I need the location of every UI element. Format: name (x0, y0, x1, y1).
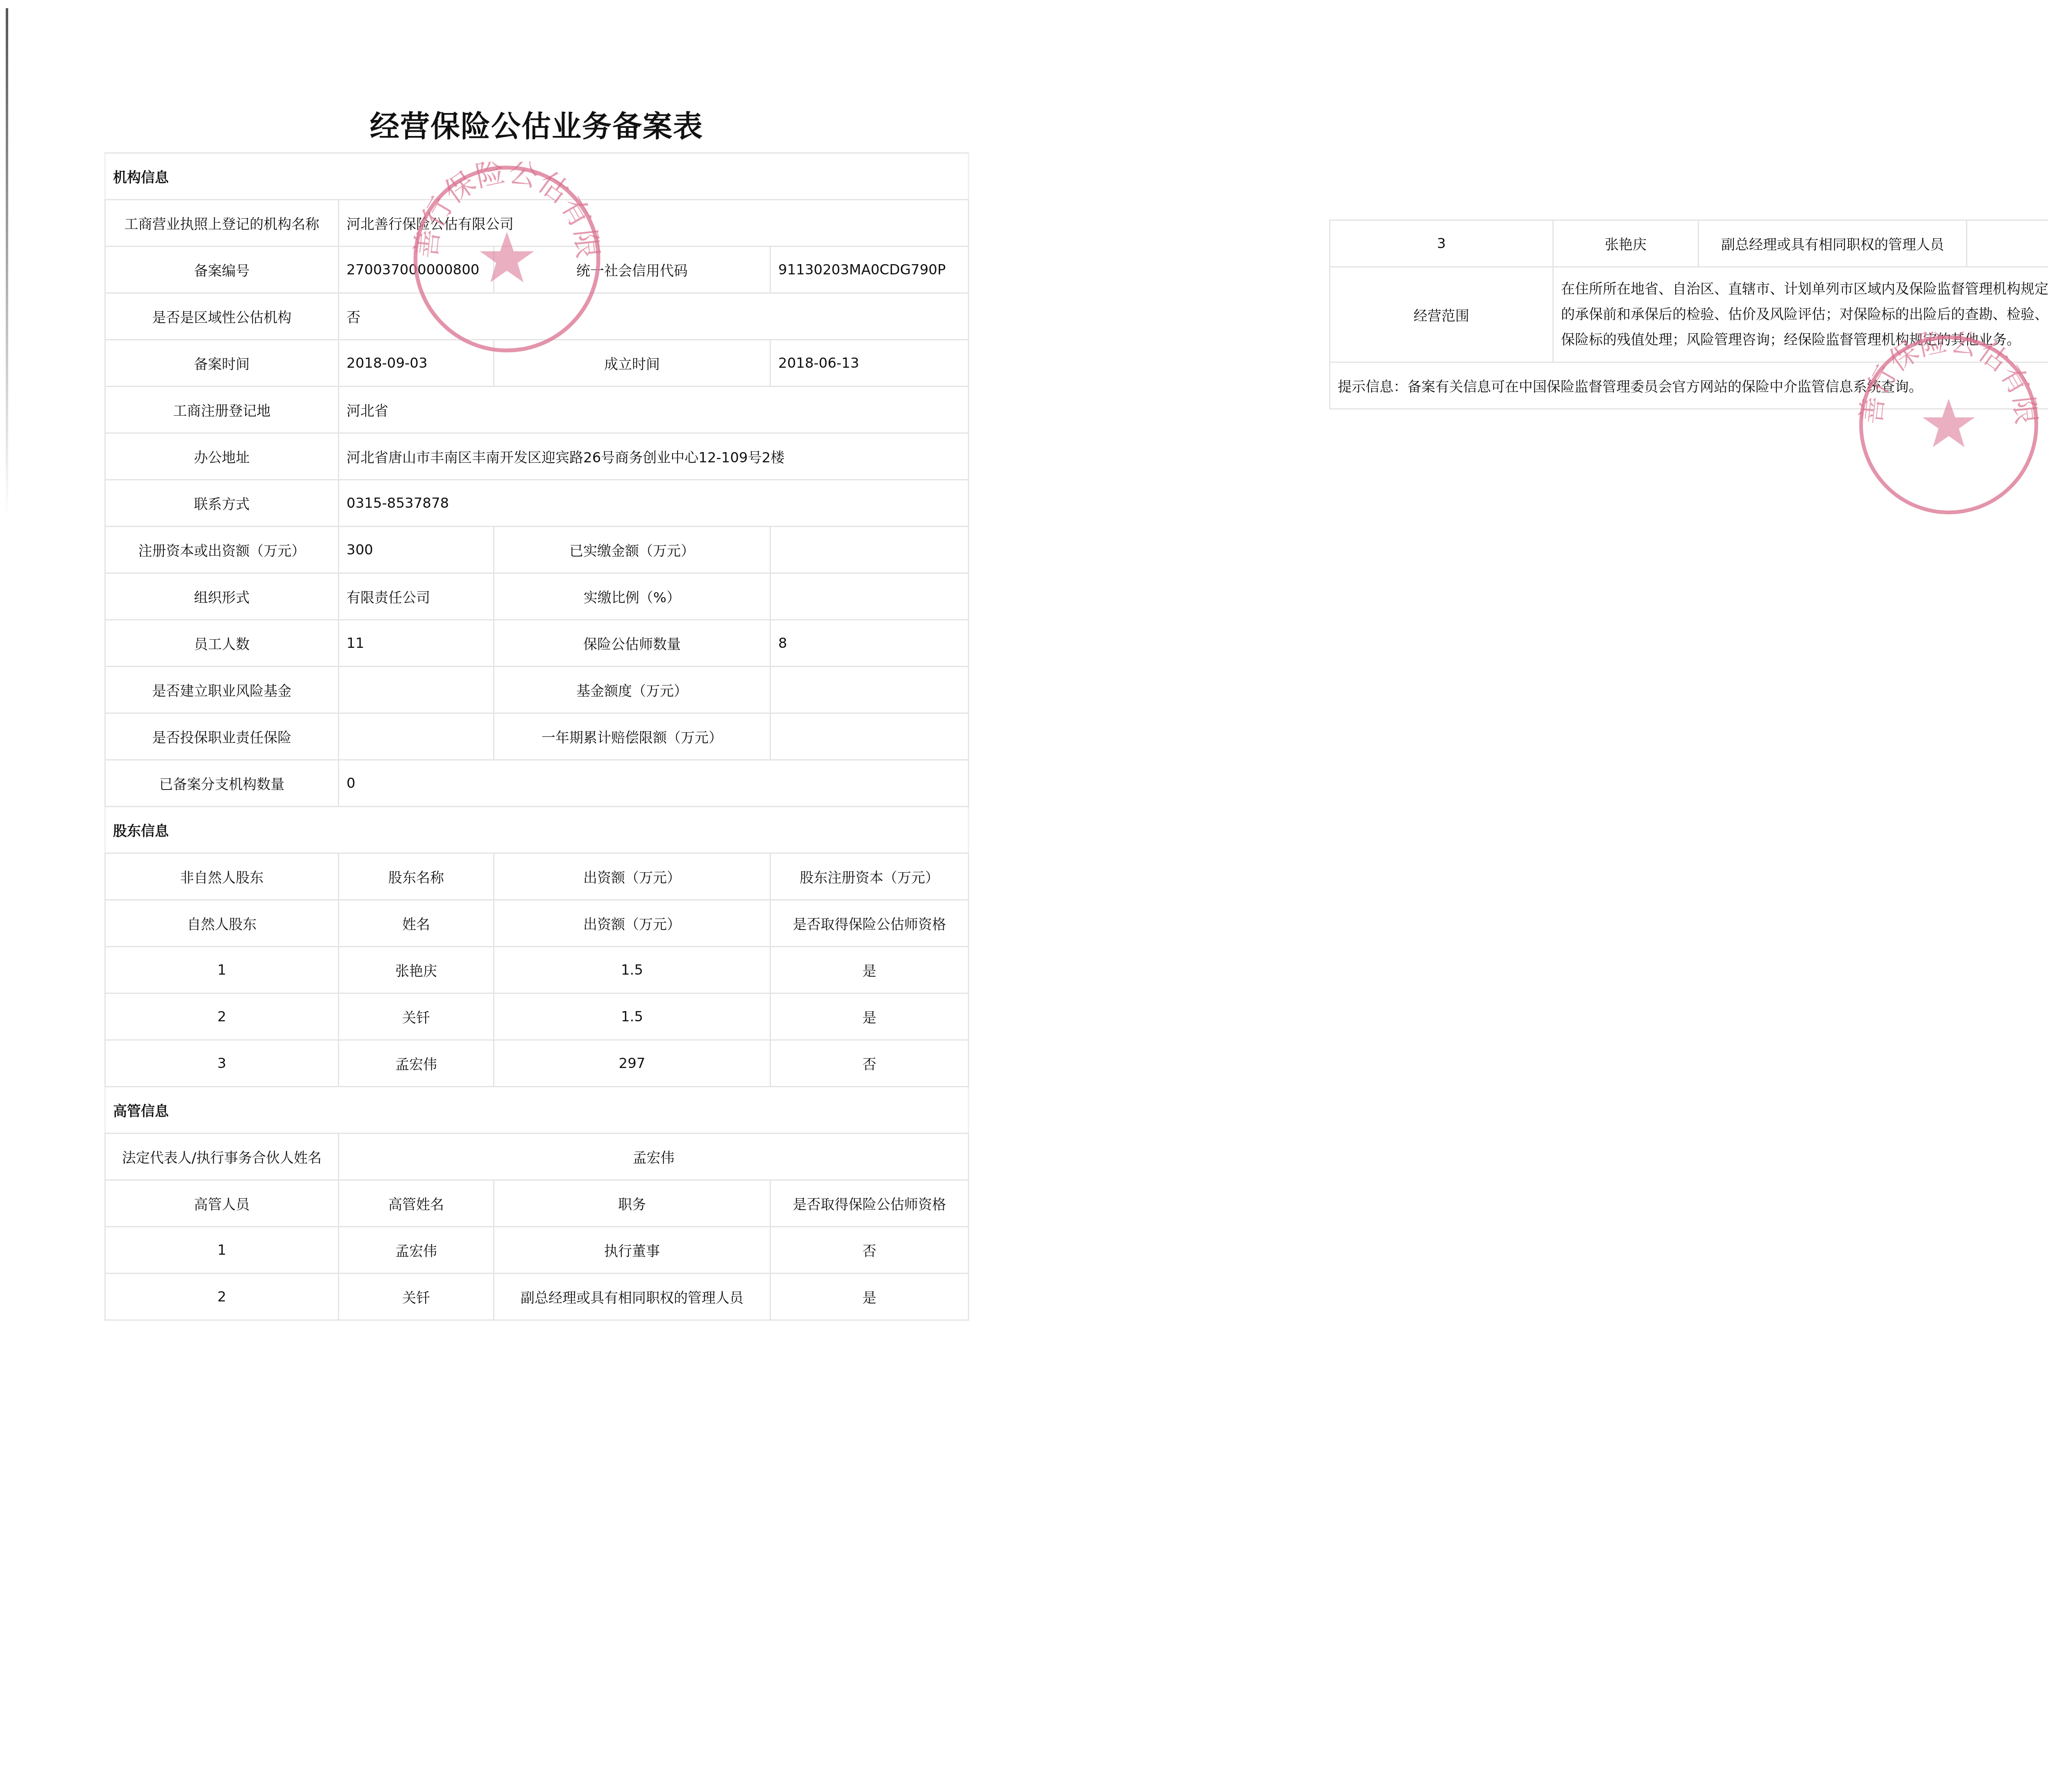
field-label: 保险公估师数量 (494, 620, 770, 667)
organization-form: 有限责任公司 (339, 573, 494, 620)
field-label: 组织形式 (105, 573, 339, 620)
field-label: 是否建立职业风险基金 (105, 667, 339, 713)
table-row: 已备案分支机构数量 0 (105, 760, 969, 807)
table-row: 3 孟宏伟 297 否 (105, 1040, 969, 1087)
contribution-amount: 1.5 (494, 993, 770, 1040)
column-header: 股东名称 (339, 853, 494, 900)
section-title: 高管信息 (105, 1087, 969, 1134)
table-row: 1 孟宏伟 执行董事 否 (105, 1227, 969, 1274)
qualification: 是 (1967, 220, 2048, 267)
row-number: 1 (105, 947, 339, 993)
column-header: 高管人员 (105, 1180, 339, 1227)
row-number: 1 (105, 1227, 339, 1274)
field-label: 已备案分支机构数量 (105, 760, 339, 807)
branches-count: 0 (339, 760, 969, 807)
executive-position: 副总经理或具有相同职权的管理人员 (494, 1274, 770, 1320)
column-header: 是否取得保险公估师资格 (770, 900, 969, 947)
business-scope: 在住所所在地省、自治区、直辖市、计划单列市区域内及保险监督管理机构规定的区域内保… (1553, 267, 2048, 362)
risk-fund (339, 667, 494, 713)
qualification: 否 (770, 1227, 969, 1274)
contribution-amount: 297 (494, 1040, 770, 1087)
table-row: 1 张艳庆 1.5 是 (105, 947, 969, 993)
column-header: 高管姓名 (339, 1180, 494, 1227)
table-row: 经营范围 在住所所在地省、自治区、直辖市、计划单列市区域内及保险监督管理机构规定… (1330, 267, 2048, 362)
field-label: 办公地址 (105, 433, 339, 480)
established-date: 2018-06-13 (770, 340, 969, 387)
column-header: 非自然人股东 (105, 853, 339, 900)
registration-place: 河北省 (339, 387, 969, 433)
table-row: 2 关钎 1.5 是 (105, 993, 969, 1040)
section-institution: 机构信息 (105, 153, 969, 200)
field-label: 备案编号 (105, 247, 339, 293)
field-label: 统一社会信用代码 (494, 247, 770, 293)
table-header-row: 自然人股东 姓名 出资额（万元） 是否取得保险公估师资格 (105, 900, 969, 947)
field-label: 员工人数 (105, 620, 339, 667)
shareholder-name: 关钎 (339, 993, 494, 1040)
field-label: 经营范围 (1330, 267, 1553, 362)
row-number: 3 (1330, 220, 1553, 267)
table-row: 备案编号 270037000000800 统一社会信用代码 91130203MA… (105, 247, 969, 293)
field-label: 工商营业执照上登记的机构名称 (105, 200, 339, 247)
table-row: 组织形式 有限责任公司 实缴比例（%） (105, 573, 969, 620)
table-row: 是否是区域性公估机构 否 (105, 293, 969, 340)
field-label: 法定代表人/执行事务合伙人姓名 (105, 1134, 339, 1180)
filing-form-page-1: 机构信息 工商营业执照上登记的机构名称 河北善行保险公估有限公司 备案编号 27… (104, 152, 969, 1321)
executive-position: 副总经理或具有相同职权的管理人员 (1699, 220, 1967, 267)
table-row: 员工人数 11 保险公估师数量 8 (105, 620, 969, 667)
section-executives: 高管信息 (105, 1087, 969, 1134)
field-label: 基金额度（万元） (494, 667, 770, 713)
table-header-row: 高管人员 高管姓名 职务 是否取得保险公估师资格 (105, 1180, 969, 1227)
legal-representative: 孟宏伟 (339, 1134, 969, 1180)
field-label: 一年期累计赔偿限额（万元） (494, 713, 770, 760)
credit-code: 91130203MA0CDG790P (770, 247, 969, 293)
institution-name: 河北善行保险公估有限公司 (339, 200, 969, 247)
filing-date: 2018-09-03 (339, 340, 494, 387)
column-header: 职务 (494, 1180, 770, 1227)
executive-position: 执行董事 (494, 1227, 770, 1274)
table-row: 联系方式 0315-8537878 (105, 480, 969, 527)
column-header: 出资额（万元） (494, 853, 770, 900)
section-title: 机构信息 (105, 153, 969, 200)
table-row: 3 张艳庆 副总经理或具有相同职权的管理人员 是 (1330, 220, 2048, 267)
table-row: 注册资本或出资额（万元） 300 已实缴金额（万元） (105, 527, 969, 573)
field-label: 实缴比例（%） (494, 573, 770, 620)
row-number: 2 (105, 1274, 339, 1320)
contact-phone: 0315-8537878 (339, 480, 969, 527)
column-header: 股东注册资本（万元） (770, 853, 969, 900)
field-label: 注册资本或出资额（万元） (105, 527, 339, 573)
shareholder-name: 孟宏伟 (339, 1040, 494, 1087)
notice-text: 提示信息：备案有关信息可在中国保险监督管理委员会官方网站的保险中介监管信息系统查… (1330, 362, 2048, 409)
column-header: 姓名 (339, 900, 494, 947)
table-row: 是否投保职业责任保险 一年期累计赔偿限额（万元） (105, 713, 969, 760)
section-title: 股东信息 (105, 807, 969, 853)
table-row: 备案时间 2018-09-03 成立时间 2018-06-13 (105, 340, 969, 387)
column-header: 是否取得保险公估师资格 (770, 1180, 969, 1227)
executive-name: 张艳庆 (1553, 220, 1699, 267)
executive-name: 关钎 (339, 1274, 494, 1320)
table-row: 法定代表人/执行事务合伙人姓名 孟宏伟 (105, 1134, 969, 1180)
annual-limit (770, 713, 969, 760)
row-number: 3 (105, 1040, 339, 1087)
scan-edge-shadow (6, 8, 8, 516)
executive-name: 孟宏伟 (339, 1227, 494, 1274)
column-header: 自然人股东 (105, 900, 339, 947)
document-title: 经营保险公估业务备案表 (0, 102, 1073, 145)
paid-ratio (770, 573, 969, 620)
contribution-amount: 1.5 (494, 947, 770, 993)
row-number: 2 (105, 993, 339, 1040)
table-row: 办公地址 河北省唐山市丰南区丰南开发区迎宾路26号商务创业中心12-109号2楼 (105, 433, 969, 480)
field-label: 备案时间 (105, 340, 339, 387)
field-label: 是否是区域性公估机构 (105, 293, 339, 340)
qualification: 是 (770, 947, 969, 993)
table-row: 工商营业执照上登记的机构名称 河北善行保险公估有限公司 (105, 200, 969, 247)
column-header: 出资额（万元） (494, 900, 770, 947)
paid-amount (770, 527, 969, 573)
field-label: 成立时间 (494, 340, 770, 387)
field-label: 联系方式 (105, 480, 339, 527)
field-label: 已实缴金额（万元） (494, 527, 770, 573)
qualification: 否 (770, 1040, 969, 1087)
adjusters-count: 8 (770, 620, 969, 667)
field-label: 是否投保职业责任保险 (105, 713, 339, 760)
qualification: 是 (770, 1274, 969, 1320)
table-row: 工商注册登记地 河北省 (105, 387, 969, 433)
table-row: 是否建立职业风险基金 基金额度（万元） (105, 667, 969, 713)
qualification: 是 (770, 993, 969, 1040)
shareholder-name: 张艳庆 (339, 947, 494, 993)
filing-number: 270037000000800 (339, 247, 494, 293)
table-row: 2 关钎 副总经理或具有相同职权的管理人员 是 (105, 1274, 969, 1320)
regional-value: 否 (339, 293, 969, 340)
table-header-row: 非自然人股东 股东名称 出资额（万元） 股东注册资本（万元） (105, 853, 969, 900)
office-address: 河北省唐山市丰南区丰南开发区迎宾路26号商务创业中心12-109号2楼 (339, 433, 969, 480)
notice-row: 提示信息：备案有关信息可在中国保险监督管理委员会官方网站的保险中介监管信息系统查… (1330, 362, 2048, 409)
filing-form-page-2: 3 张艳庆 副总经理或具有相同职权的管理人员 是 经营范围 在住所所在地省、自治… (1329, 219, 2048, 410)
section-shareholders: 股东信息 (105, 807, 969, 853)
field-label: 工商注册登记地 (105, 387, 339, 433)
liability-insurance (339, 713, 494, 760)
registered-capital: 300 (339, 527, 494, 573)
staff-count: 11 (339, 620, 494, 667)
fund-amount (770, 667, 969, 713)
